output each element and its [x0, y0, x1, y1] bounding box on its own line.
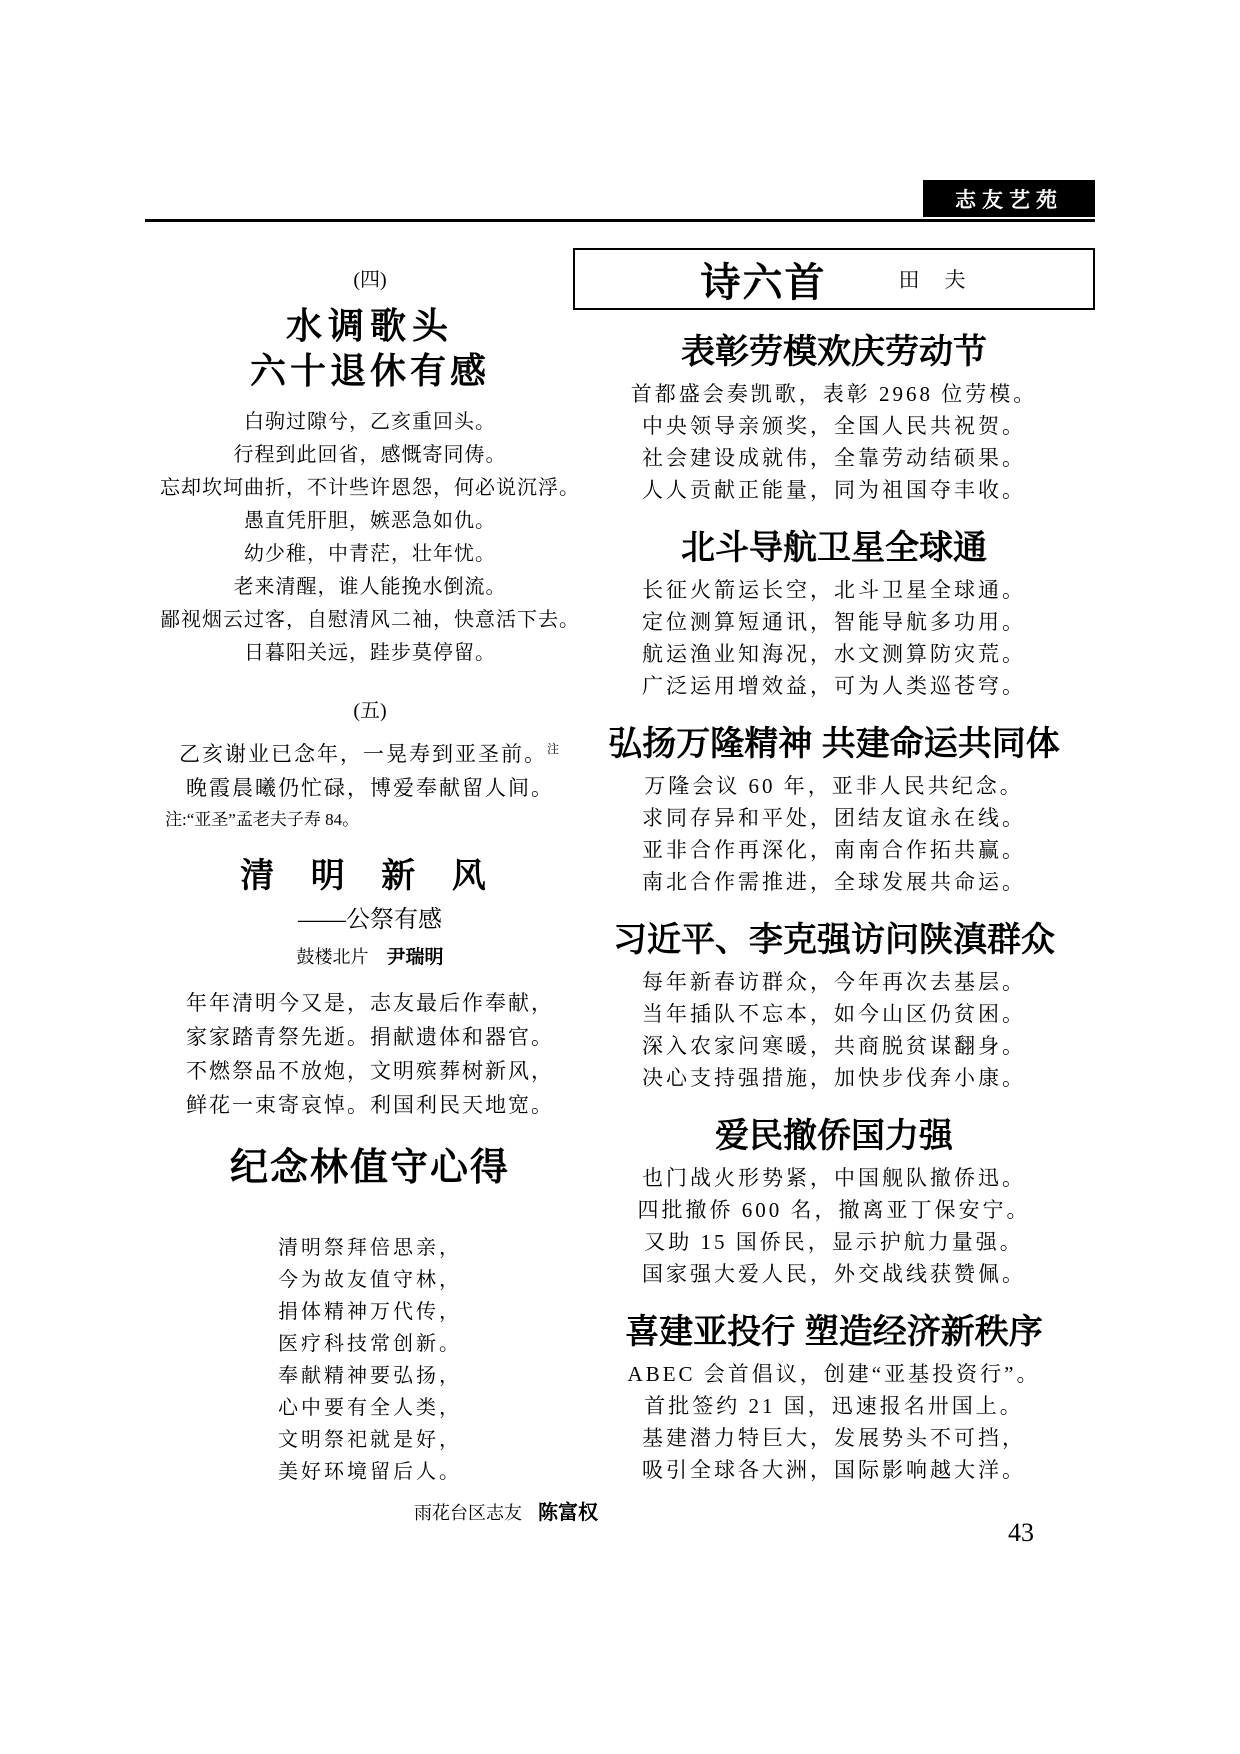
- poem-line: 当年插队不忘本，如今山区仍贫困。: [573, 998, 1095, 1030]
- shuidiaogetou-title: 水调歌头: [140, 304, 600, 348]
- poem-line: 深入农家问寒暖，共商脱贫谋翻身。: [573, 1030, 1095, 1062]
- attribution-author: 陈富权: [538, 1502, 598, 1524]
- poem-line: 定位测算短通讯，智能导航多功用。: [573, 606, 1095, 638]
- poem-line: 捐体精神万代传，: [140, 1296, 600, 1328]
- qingming-title: 清 明 新 风: [140, 857, 600, 897]
- poem-block: 表彰劳模欢庆劳动节 首都盛会奏凯歌，表彰 2968 位劳模。 中央领导亲颁奖，全…: [573, 332, 1095, 506]
- poem-line: 长征火箭运长空，北斗卫星全球通。: [573, 574, 1095, 606]
- shuidiaogetou-subtitle: 六十退休有感: [140, 348, 600, 394]
- footnote-marker: 注: [547, 742, 561, 756]
- poem-line: 清明祭拜倍思亲，: [140, 1232, 600, 1264]
- poem-line: 文明祭祀就是好，: [140, 1424, 600, 1456]
- poem-line: 社会建设成就伟，全靠劳动结硕果。: [573, 442, 1095, 474]
- byline-group: 鼓楼北片: [296, 947, 368, 967]
- poem-title: 喜建亚投行 塑造经济新秩序: [573, 1312, 1095, 1352]
- poem-line: 美好环境留后人。: [140, 1456, 600, 1488]
- poem-block: 爱民撤侨国力强 也门战火形势紧，中国舰队撤侨迅。 四批撤侨 600 名，撤离亚丁…: [573, 1116, 1095, 1290]
- poem-line: ABEC 会首倡议，创建“亚基投资行”。: [573, 1358, 1095, 1390]
- poem-line: 白驹过隙兮，乙亥重回头。: [140, 406, 600, 439]
- poem-line: 航运渔业知海况，水文测算防灾荒。: [573, 638, 1095, 670]
- left-column: (四) 水调歌头 六十退休有感 白驹过隙兮，乙亥重回头。 行程到此回省，感慨寄同…: [140, 268, 600, 1526]
- poem-line: 愚直凭肝胆，嫉恶急如仇。: [140, 505, 600, 538]
- poem-line: 吸引全球各大洲，国际影响越大洋。: [573, 1454, 1095, 1486]
- poem-body: 首都盛会奏凯歌，表彰 2968 位劳模。 中央领导亲颁奖，全国人民共祝贺。 社会…: [573, 378, 1095, 506]
- poem-block: 北斗导航卫星全球通 长征火箭运长空，北斗卫星全球通。 定位测算短通讯，智能导航多…: [573, 528, 1095, 702]
- section-five-label: (五): [140, 698, 600, 724]
- shiliushou-title-box: 诗六首 田 夫: [573, 248, 1095, 310]
- poem-body: 万隆会议 60 年，亚非人民共纪念。 求同存异和平处，团结友谊永在线。 亚非合作…: [573, 770, 1095, 898]
- poem-line: 奉献精神要弘扬，: [140, 1360, 600, 1392]
- poem-line: 中央领导亲颁奖，全国人民共祝贺。: [573, 410, 1095, 442]
- poem-line: 行程到此回省，感慨寄同俦。: [140, 439, 600, 472]
- section-five-poem: 乙亥谢业已念年，一晃寿到亚圣前。注 晚霞晨曦仍忙碌，博爱奉献留人间。: [140, 732, 600, 805]
- poem-line: 基建潜力特巨大，发展势头不可挡，: [573, 1422, 1095, 1454]
- poem-line: 决心支持强措施，加快步伐奔小康。: [573, 1062, 1095, 1094]
- poem-line: 南北合作需推进，全球发展共命运。: [573, 866, 1095, 898]
- poem-block: 习近平、李克强访问陕滇群众 每年新春访群众，今年再次去基层。 当年插队不忘本，如…: [573, 920, 1095, 1094]
- attribution-group: 雨花台区志友: [414, 1503, 522, 1523]
- poem-line: 也门战火形势紧，中国舰队撤侨迅。: [573, 1162, 1095, 1194]
- page-number: 43: [1008, 1518, 1034, 1548]
- shiliushou-author: 田 夫: [899, 264, 968, 294]
- jinian-attribution: 雨花台区志友陈富权: [140, 1500, 600, 1526]
- poem-body: ABEC 会首倡议，创建“亚基投资行”。 首批签约 21 国，迅速报名卅国上。 …: [573, 1358, 1095, 1486]
- poem-body: 长征火箭运长空，北斗卫星全球通。 定位测算短通讯，智能导航多功用。 航运渔业知海…: [573, 574, 1095, 702]
- poem-title: 习近平、李克强访问陕滇群众: [573, 920, 1095, 960]
- poem-line: 年年清明今又是，志友最后作奉献，: [140, 986, 600, 1020]
- poem-body: 每年新春访群众，今年再次去基层。 当年插队不忘本，如今山区仍贫困。 深入农家问寒…: [573, 966, 1095, 1094]
- poem-line-text: 乙亥谢业已念年，一晃寿到亚圣前。: [179, 742, 547, 766]
- qingming-poem: 年年清明今又是，志友最后作奉献， 家家踏青祭先逝。捐献遗体和器官。 不燃祭品不放…: [140, 986, 600, 1122]
- poem-line: 不燃祭品不放炮，文明殡葬树新风，: [140, 1054, 600, 1088]
- byline-author: 尹瑞明: [386, 947, 443, 968]
- poem-line: 每年新春访群众，今年再次去基层。: [573, 966, 1095, 998]
- poem-line: 亚非合作再深化，南南合作拓共赢。: [573, 834, 1095, 866]
- shiliushou-title: 诗六首: [701, 251, 827, 308]
- poem-line: 心中要有全人类，: [140, 1392, 600, 1424]
- poem-body: 也门战火形势紧，中国舰队撤侨迅。 四批撤侨 600 名，撤离亚丁保安宁。 又助 …: [573, 1162, 1095, 1290]
- poem-line: 广泛运用增效益，可为人类巡苍穹。: [573, 670, 1095, 702]
- poem-line: 日暮阳关远，跬步莫停留。: [140, 637, 600, 670]
- poem-line: 人人贡献正能量，同为祖国夺丰收。: [573, 474, 1095, 506]
- poem-line: 老来清醒，谁人能挽水倒流。: [140, 571, 600, 604]
- poem-line: 求同存异和平处，团结友谊永在线。: [573, 802, 1095, 834]
- footnote: 注:“亚圣”孟老夫子寿 84。: [140, 807, 600, 833]
- poem-line: 忘却坎坷曲折，不计些许恩怨，何必说沉浮。: [140, 472, 600, 505]
- poem-line: 鲜花一束寄哀悼。利国利民天地宽。: [140, 1088, 600, 1122]
- qingming-byline: 鼓楼北片尹瑞明: [140, 945, 600, 970]
- shuidiaogetou-poem: 白驹过隙兮，乙亥重回头。 行程到此回省，感慨寄同俦。 忘却坎坷曲折，不计些许恩怨…: [140, 406, 600, 670]
- poem-line: 今为故友值守林，: [140, 1264, 600, 1296]
- poem-line: 首批签约 21 国，迅速报名卅国上。: [573, 1390, 1095, 1422]
- poem-title: 表彰劳模欢庆劳动节: [573, 332, 1095, 372]
- poem-title: 弘扬万隆精神 共建命运共同体: [573, 724, 1095, 764]
- poem-line: 晚霞晨曦仍忙碌，博爱奉献留人间。: [140, 771, 600, 805]
- poem-line: 首都盛会奏凯歌，表彰 2968 位劳模。: [573, 378, 1095, 410]
- poem-title: 爱民撤侨国力强: [573, 1116, 1095, 1156]
- poem-line: 医疗科技常创新。: [140, 1328, 600, 1360]
- poem-block: 弘扬万隆精神 共建命运共同体 万隆会议 60 年，亚非人民共纪念。 求同存异和平…: [573, 724, 1095, 898]
- poem-line: 鄙视烟云过客，自慰清风二袖，快意活下去。: [140, 604, 600, 637]
- jinian-poem: 清明祭拜倍思亲， 今为故友值守林， 捐体精神万代传， 医疗科技常创新。 奉献精神…: [140, 1232, 600, 1488]
- qingming-subtitle: ——公祭有感: [140, 905, 600, 935]
- magazine-page: 志友艺苑 (四) 水调歌头 六十退休有感 白驹过隙兮，乙亥重回头。 行程到此回省…: [0, 0, 1240, 1754]
- poem-line: 四批撤侨 600 名，撤离亚丁保安宁。: [573, 1194, 1095, 1226]
- poem-line: 国家强大爱人民，外交战线获赞佩。: [573, 1258, 1095, 1290]
- section-header-badge: 志友艺苑: [923, 180, 1095, 217]
- poem-title: 北斗导航卫星全球通: [573, 528, 1095, 568]
- poem-line: 幼少稚，中青茫，壮年忧。: [140, 538, 600, 571]
- section-four-label: (四): [140, 268, 600, 292]
- poem-block: 喜建亚投行 塑造经济新秩序 ABEC 会首倡议，创建“亚基投资行”。 首批签约 …: [573, 1312, 1095, 1486]
- jinian-title: 纪念林值守心得: [140, 1146, 600, 1190]
- right-column: 诗六首 田 夫 表彰劳模欢庆劳动节 首都盛会奏凯歌，表彰 2968 位劳模。 中…: [573, 248, 1095, 1486]
- poem-line: 万隆会议 60 年，亚非人民共纪念。: [573, 770, 1095, 802]
- poem-line: 乙亥谢业已念年，一晃寿到亚圣前。注: [140, 732, 600, 771]
- poem-line: 家家踏青祭先逝。捐献遗体和器官。: [140, 1020, 600, 1054]
- poem-line: 又助 15 国侨民，显示护航力量强。: [573, 1226, 1095, 1258]
- header-rule: [145, 219, 1095, 222]
